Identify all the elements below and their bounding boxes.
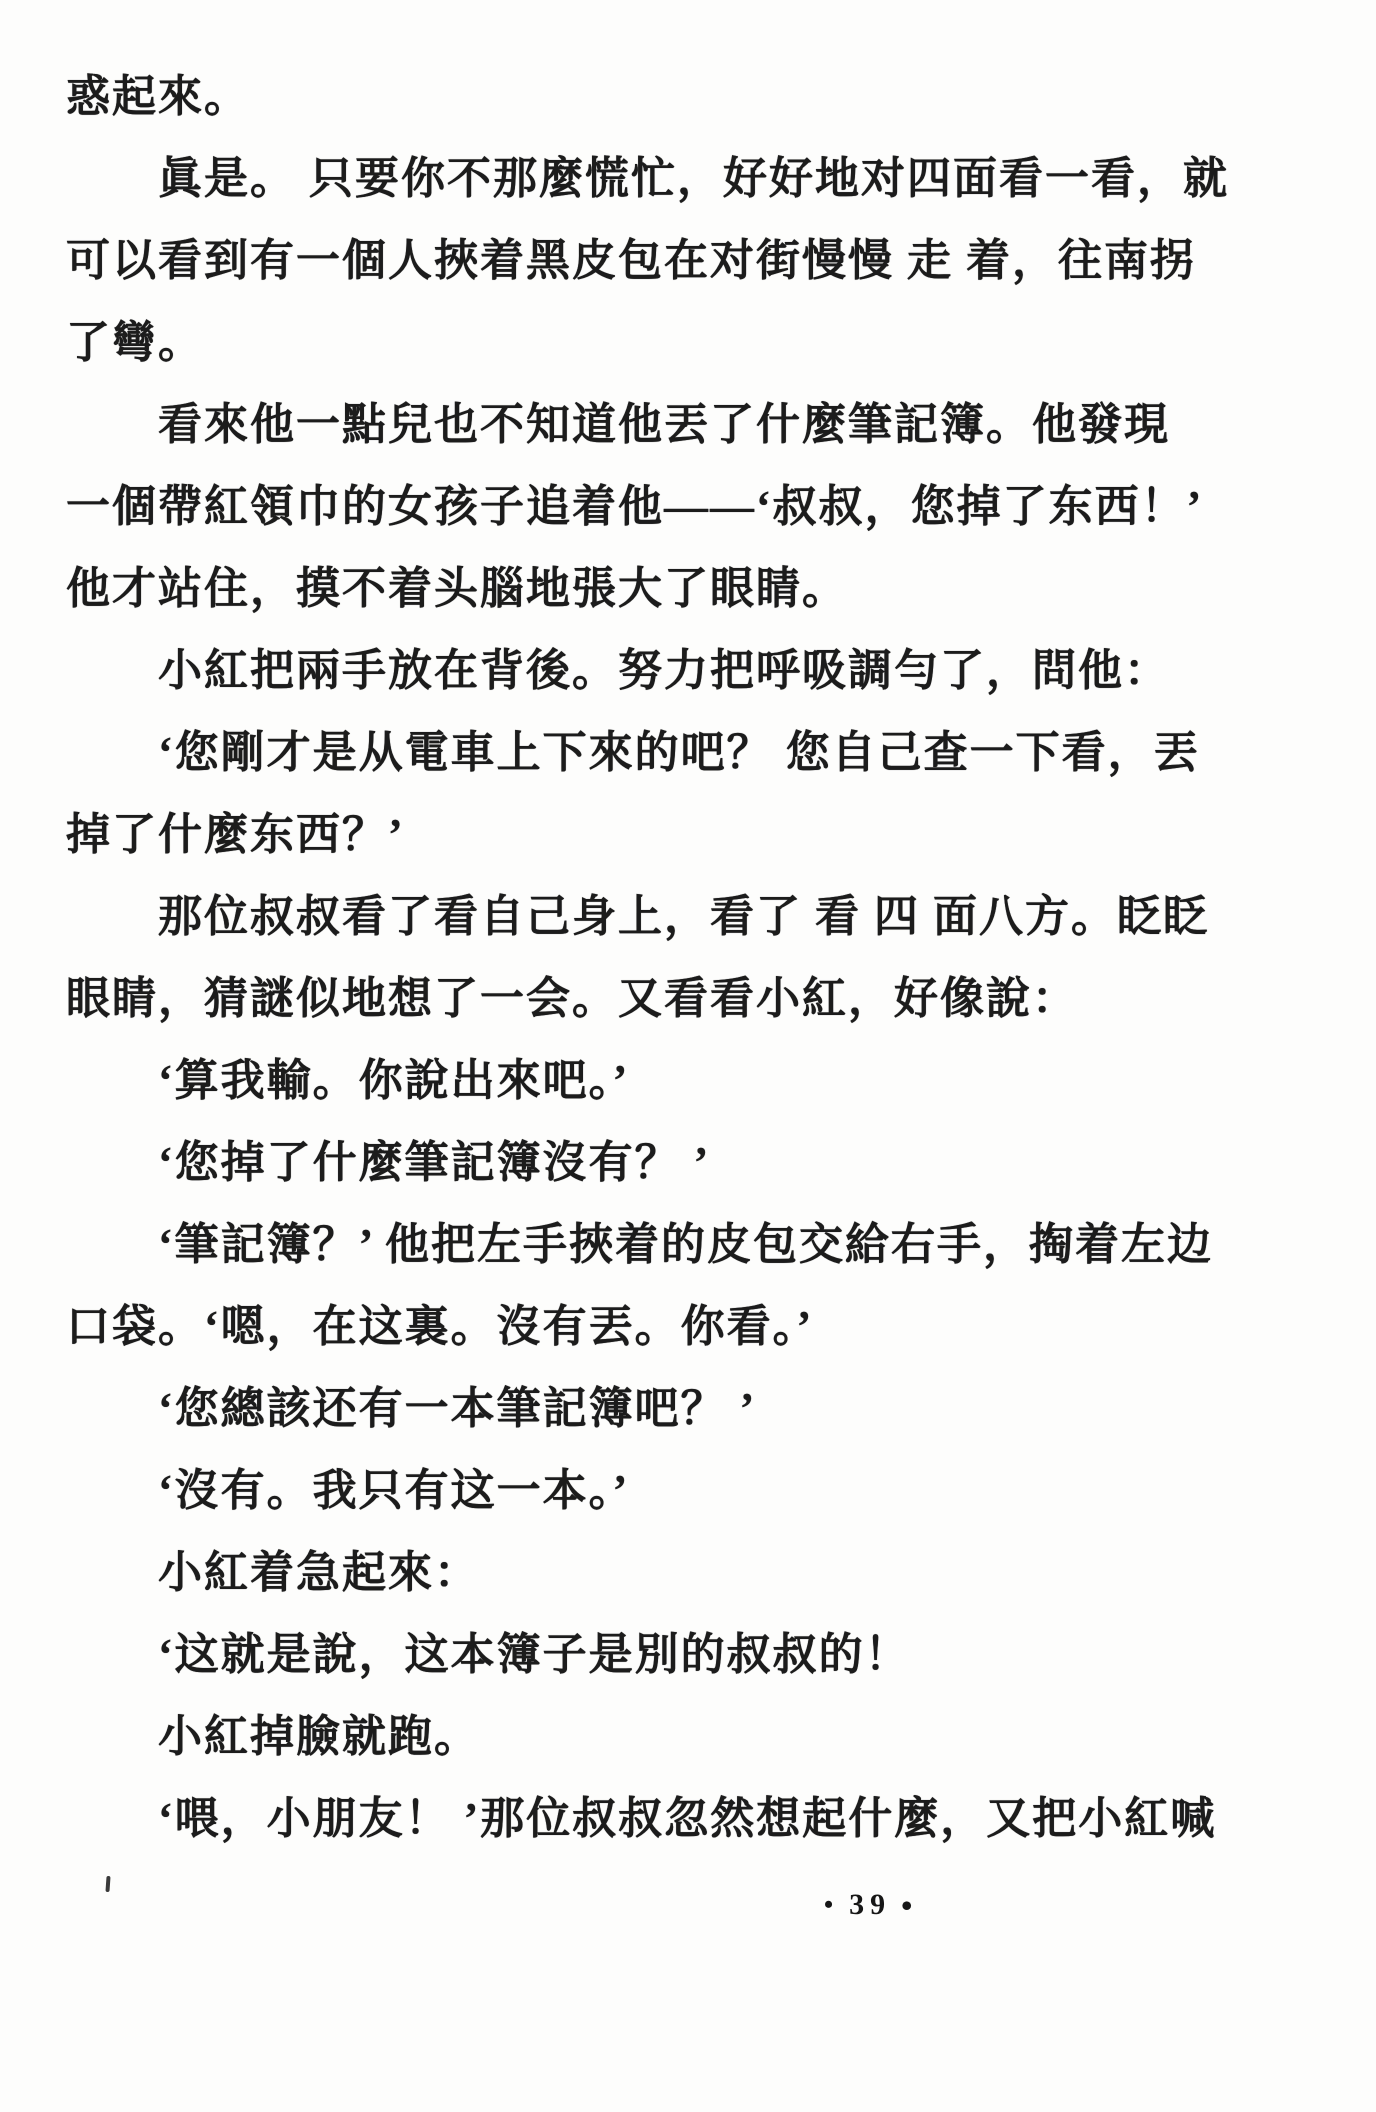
text-line: ‘算我輸。你說出來吧。’ [66, 1040, 1246, 1122]
text-line: 口袋。‘嗯，在这裏。沒有丟。你看。’ [66, 1286, 1246, 1368]
text-line: ‘您掉了什麼筆記簿沒有？ ’ [66, 1122, 1246, 1204]
text-line: 一個帶紅領巾的女孩子追着他——‘叔叔，您掉了东西！’ [66, 466, 1246, 548]
text-line: 眼睛，猜謎似地想了一会。又看看小紅，好像說： [66, 958, 1246, 1040]
text-line: 看來他一點兒也不知道他丟了什麼筆記簿。他發現 [66, 384, 1246, 466]
page-number-dot-left: • [824, 1892, 839, 1918]
text-line: ‘您總該还有一本筆記簿吧？ ’ [66, 1368, 1246, 1450]
body-text: 惑起來。 眞是。 只要你不那麼慌忙，好好地对四面看一看，就 可以看到有一個人挾着… [66, 56, 1246, 1860]
text-line: 他才站住，摸不着头腦地張大了眼睛。 [66, 548, 1246, 630]
text-line: ‘喂，小朋友！ ’那位叔叔忽然想起什麼，又把小紅喊 [66, 1778, 1246, 1860]
text-line: 可以看到有一個人挾着黑皮包在对街慢慢 走 着，往南拐 [66, 220, 1246, 302]
book-page: 惑起來。 眞是。 只要你不那麼慌忙，好好地对四面看一看，就 可以看到有一個人挾着… [0, 0, 1376, 2112]
text-line: 那位叔叔看了看自己身上，看了 看 四 面八方。眨眨 [66, 876, 1246, 958]
text-line: 小紅着急起來： [66, 1532, 1246, 1614]
page-number-dot-right: • [901, 1889, 918, 1921]
text-line: ‘沒有。我只有这一本。’ [66, 1450, 1246, 1532]
text-line: ‘您剛才是从電車上下來的吧？ 您自己查一下看，丟 [66, 712, 1246, 794]
text-line: ‘这就是說，这本簿子是別的叔叔的！ [66, 1614, 1246, 1696]
text-line: ‘筆記簿？’ 他把左手挾着的皮包交給右手，掏着左边 [66, 1204, 1246, 1286]
text-line: 了彎。 [66, 302, 1246, 384]
ink-speck [105, 1876, 110, 1892]
text-line: 眞是。 只要你不那麼慌忙，好好地对四面看一看，就 [66, 138, 1246, 220]
text-line: 小紅把兩手放在背後。努力把呼吸調勻了，問他： [66, 630, 1246, 712]
text-line: 惑起來。 [66, 56, 1246, 138]
text-line: 掉了什麼东西？’ [66, 794, 1246, 876]
page-number: • 39 • [824, 1888, 918, 1922]
page-number-value: 39 [849, 1888, 891, 1922]
text-line: 小紅掉臉就跑。 [66, 1696, 1246, 1778]
